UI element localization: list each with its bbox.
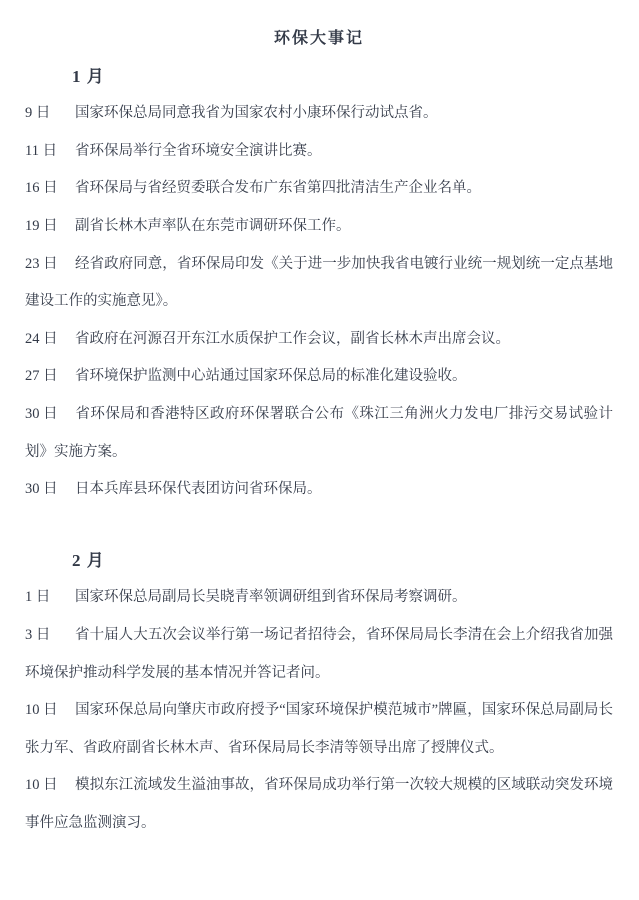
event-day-label: 9 日: [25, 95, 75, 133]
event-day-label: 30 日: [25, 396, 75, 434]
event-entry: 16 日省环保局与省经贸委联合发布广东省第四批清洁生产企业名单。: [25, 170, 613, 208]
event-entry: 1 日国家环保总局副局长吴晓青率领调研组到省环保局考察调研。: [25, 579, 613, 617]
event-entry: 11 日省环保局举行全省环境安全演讲比赛。: [25, 133, 613, 171]
event-text: 省政府在河源召开东江水质保护工作会议，副省长林木声出席会议。: [75, 331, 510, 347]
event-day-label: 27 日: [25, 358, 75, 396]
event-day-label: 3 日: [25, 617, 75, 655]
event-entry: 19 日副省长林木声率队在东莞市调研环保工作。: [25, 208, 613, 246]
document-title: 环保大事记: [25, 20, 613, 58]
event-entry: 27 日省环境保护监测中心站通过国家环保总局的标准化建设验收。: [25, 358, 613, 396]
event-text: 国家环保总局向肇庆市政府授予“国家环境保护模范城市”牌匾，国家环保总局副局长张力…: [25, 702, 613, 756]
event-entry: 24 日省政府在河源召开东江水质保护工作会议，副省长林木声出席会议。: [25, 321, 613, 359]
event-entry: 3 日省十届人大五次会议举行第一场记者招待会，省环保局局长李清在会上介绍我省加强…: [25, 617, 613, 692]
event-day-label: 24 日: [25, 321, 75, 359]
event-day-label: 10 日: [25, 692, 75, 730]
event-text: 国家环保总局副局长吴晓青率领调研组到省环保局考察调研。: [75, 589, 467, 605]
event-text: 省环境保护监测中心站通过国家环保总局的标准化建设验收。: [75, 368, 467, 384]
event-day-label: 1 日: [25, 579, 75, 617]
event-day-label: 23 日: [25, 246, 75, 284]
event-day-label: 30 日: [25, 471, 75, 509]
month-heading: 1 月: [25, 58, 613, 96]
event-day-label: 11 日: [25, 133, 75, 171]
event-text: 副省长林木声率队在东莞市调研环保工作。: [75, 218, 351, 234]
event-text: 省十届人大五次会议举行第一场记者招待会，省环保局局长李清在会上介绍我省加强环境保…: [25, 627, 613, 681]
event-text: 省环保局与省经贸委联合发布广东省第四批清洁生产企业名单。: [75, 180, 481, 196]
event-day-label: 10 日: [25, 767, 75, 805]
event-text: 省环保局举行全省环境安全演讲比赛。: [75, 143, 322, 159]
event-entry: 30 日省环保局和香港特区政府环保署联合公布《珠江三角洲火力发电厂排污交易试验计…: [25, 396, 613, 471]
event-day-label: 19 日: [25, 208, 75, 246]
event-text: 模拟东江流域发生溢油事故，省环保局成功举行第一次较大规模的区域联动突发环境事件应…: [25, 777, 613, 831]
sections-container: 1 月 9 日国家环保总局同意我省为国家农村小康环保行动试点省。 11 日省环保…: [25, 58, 613, 843]
event-text: 日本兵库县环保代表团访问省环保局。: [75, 481, 322, 497]
event-day-label: 16 日: [25, 170, 75, 208]
event-entry: 9 日国家环保总局同意我省为国家农村小康环保行动试点省。: [25, 95, 613, 133]
event-entry: 10 日模拟东江流域发生溢油事故，省环保局成功举行第一次较大规模的区域联动突发环…: [25, 767, 613, 842]
document-page: 环保大事记 1 月 9 日国家环保总局同意我省为国家农村小康环保行动试点省。 1…: [0, 0, 639, 900]
month-heading: 2 月: [25, 542, 613, 580]
month-section: 2 月 1 日国家环保总局副局长吴晓青率领调研组到省环保局考察调研。 3 日省十…: [25, 542, 613, 843]
event-text: 经省政府同意，省环保局印发《关于进一步加快我省电镀行业统一规划统一定点基地建设工…: [25, 256, 613, 310]
entries-list: 1 日国家环保总局副局长吴晓青率领调研组到省环保局考察调研。 3 日省十届人大五…: [25, 579, 613, 842]
event-entry: 10 日国家环保总局向肇庆市政府授予“国家环境保护模范城市”牌匾，国家环保总局副…: [25, 692, 613, 767]
event-entry: 30 日日本兵库县环保代表团访问省环保局。: [25, 471, 613, 509]
event-entry: 23 日经省政府同意，省环保局印发《关于进一步加快我省电镀行业统一规划统一定点基…: [25, 246, 613, 321]
entries-list: 9 日国家环保总局同意我省为国家农村小康环保行动试点省。 11 日省环保局举行全…: [25, 95, 613, 509]
month-section: 1 月 9 日国家环保总局同意我省为国家农村小康环保行动试点省。 11 日省环保…: [25, 58, 613, 509]
event-text: 省环保局和香港特区政府环保署联合公布《珠江三角洲火力发电厂排污交易试验计划》实施…: [25, 406, 613, 460]
event-text: 国家环保总局同意我省为国家农村小康环保行动试点省。: [75, 105, 438, 121]
